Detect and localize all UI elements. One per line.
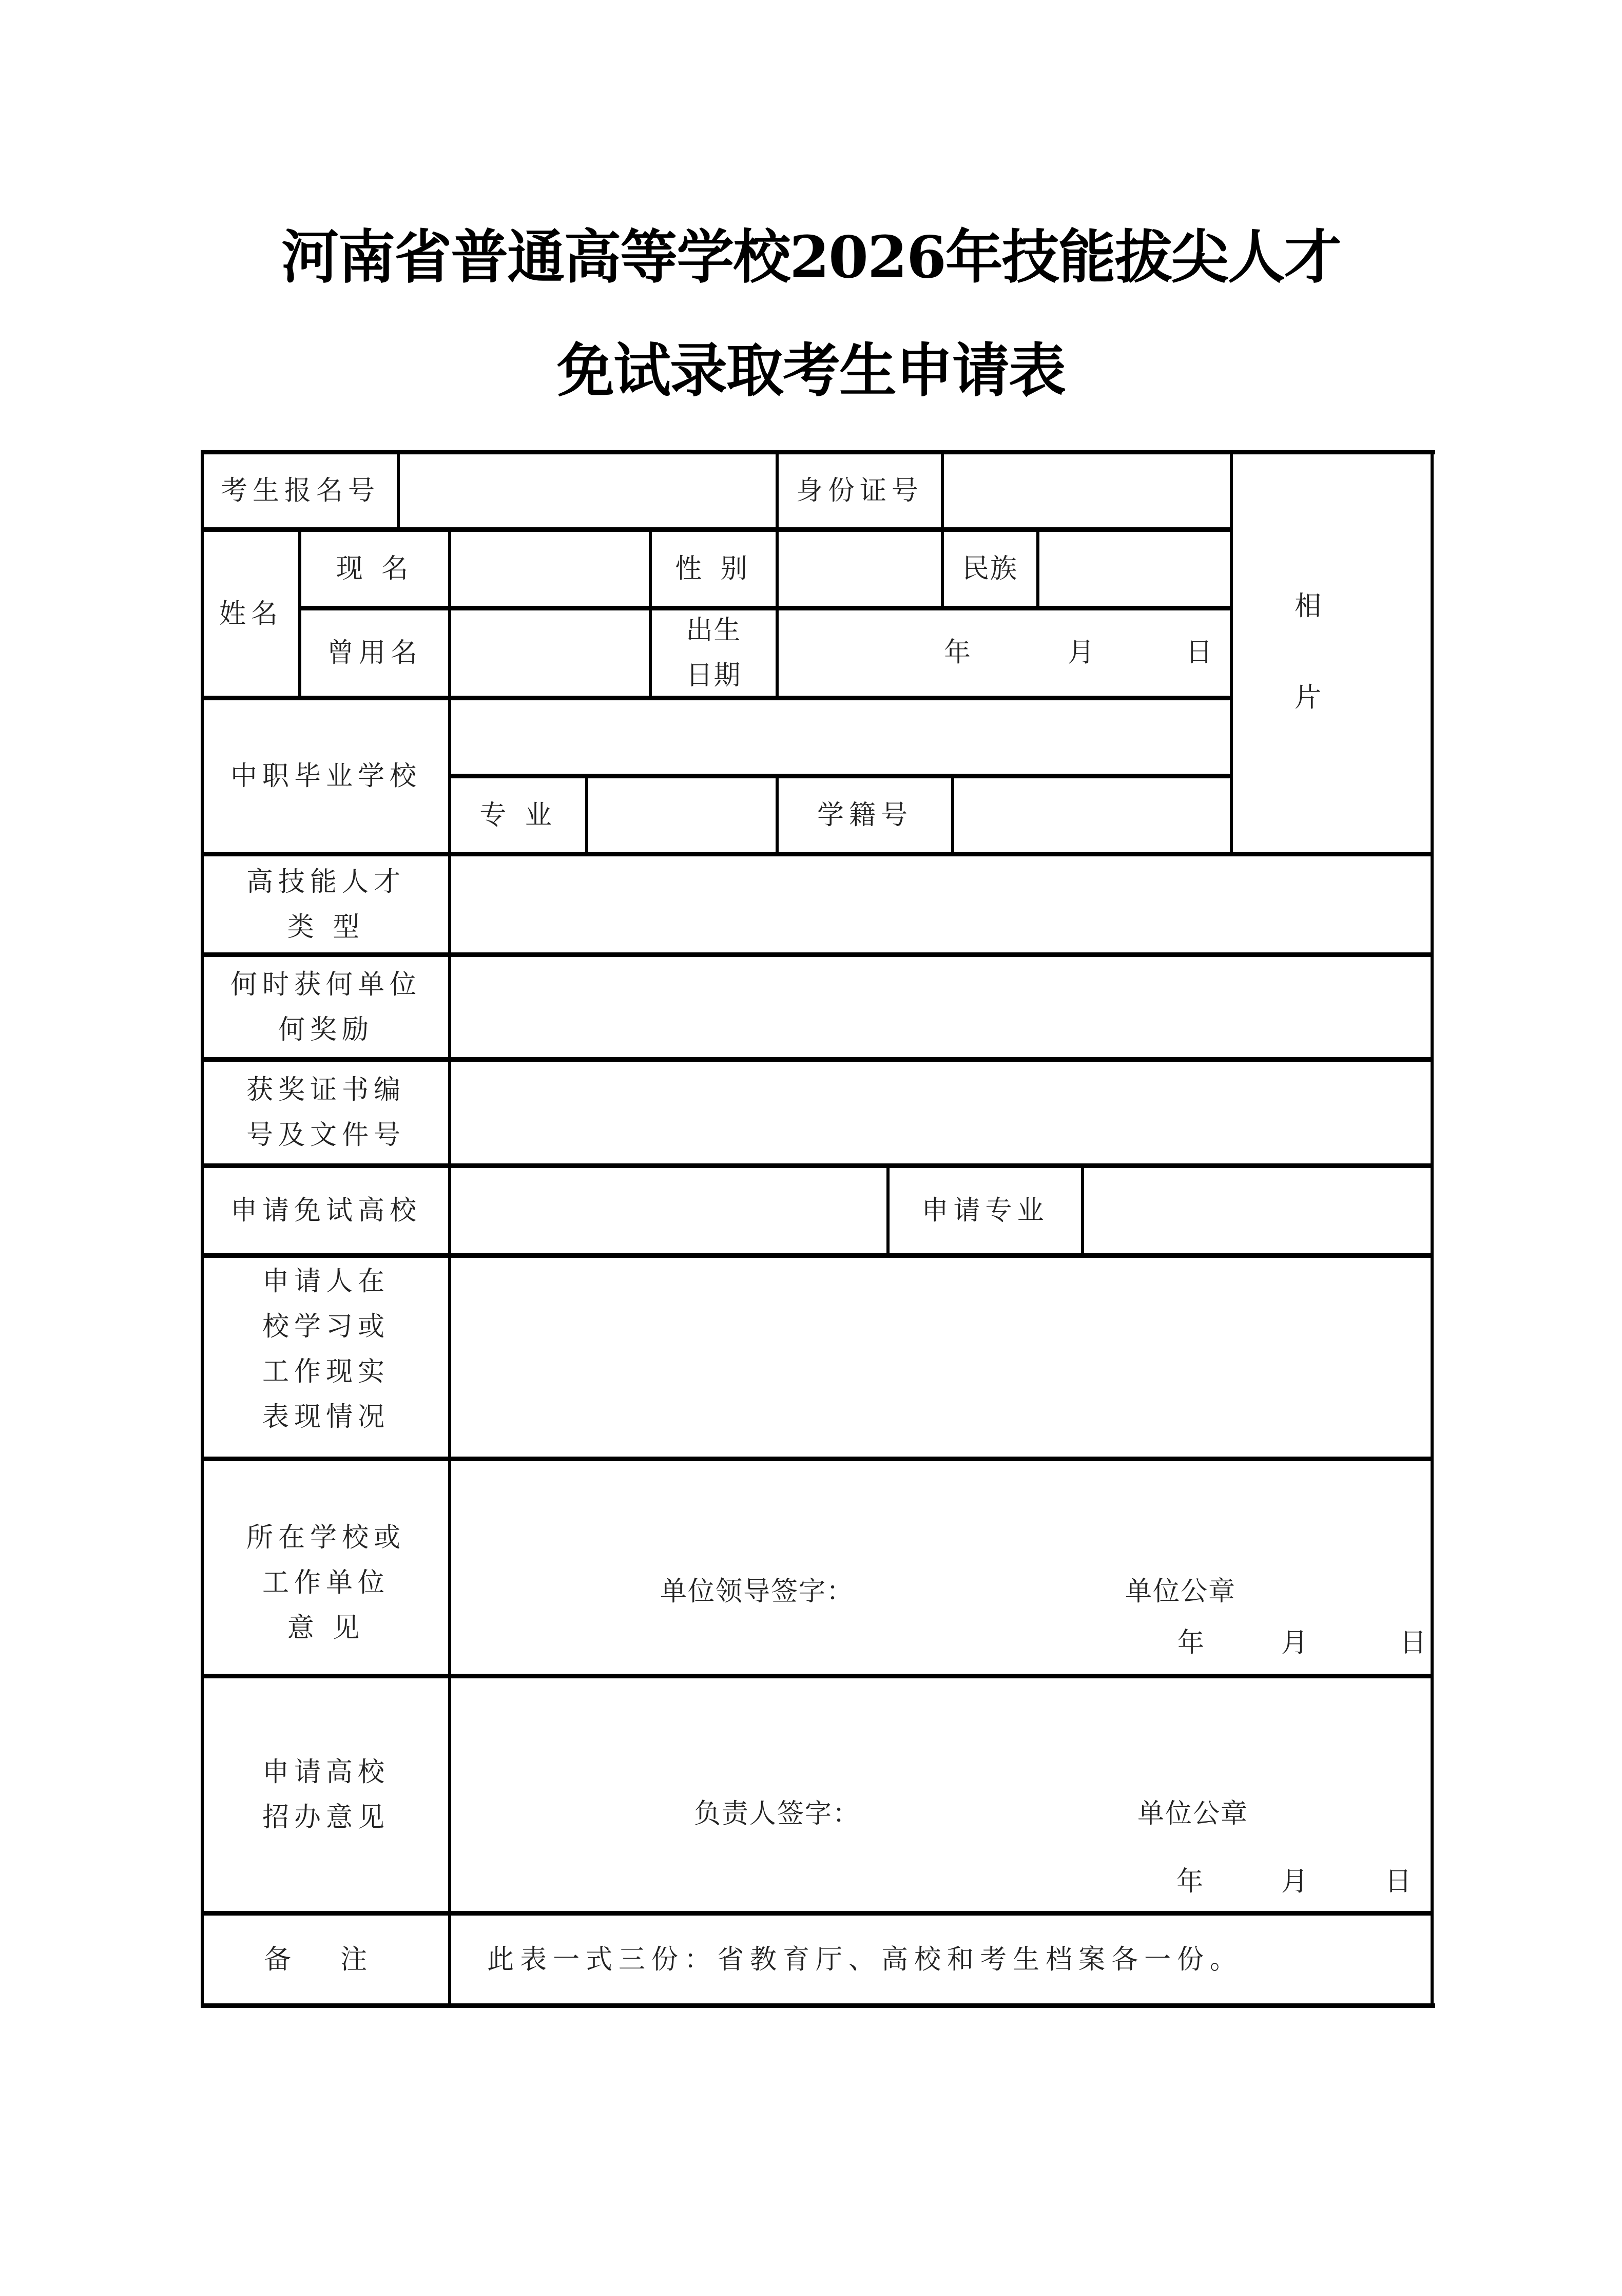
award-label-line2: 何奖励 [278, 1017, 374, 1043]
row-divider [300, 606, 1231, 610]
unit-opinion-day-unit: 日 [1400, 1630, 1430, 1656]
form-title-line2: 免试录取考生申请表 [0, 342, 1622, 400]
name-label: 姓名 [204, 532, 298, 696]
row-divider [202, 952, 1432, 957]
remarks-text: 此表一式三份：省教育厅、高校和考生档案各一份。 [487, 1946, 1243, 1973]
unit-opinion-field[interactable]: 单位领导签字： 单位公章 年 月 日 [451, 1461, 1431, 1674]
row-divider [450, 774, 1231, 778]
university-opinion-day-unit: 日 [1385, 1868, 1415, 1895]
gender-label: 性 别 [652, 532, 776, 606]
certificate-label-line1: 获奖证书编 [246, 1077, 405, 1103]
row-divider [202, 1057, 1432, 1062]
certificate-label-line2: 号及文件号 [246, 1122, 405, 1149]
award-label-line1: 何时获何单位 [230, 971, 421, 998]
performance-label-line: 工作现实 [262, 1359, 390, 1385]
unit-opinion-label-line: 工作单位 [262, 1570, 390, 1596]
row-divider [202, 527, 1231, 532]
row-divider [202, 1253, 1432, 1258]
former-name-label: 曾用名 [301, 610, 448, 696]
row-divider [202, 1163, 1432, 1168]
talent-type-label-line2: 类 型 [287, 914, 365, 941]
registration-no-field[interactable] [400, 454, 776, 527]
university-opinion-label: 申请高校 招办意见 [204, 1678, 448, 1911]
table-border-top [202, 450, 1435, 454]
remarks-field: 此表一式三份：省教育厅、高校和考生档案各一份。 [451, 1916, 1431, 2003]
row-divider [202, 1674, 1432, 1678]
apply-university-label: 申请免试高校 [204, 1168, 448, 1253]
birth-year-unit: 年 [944, 639, 974, 666]
current-name-label: 现 名 [301, 532, 448, 606]
university-opinion-label-line: 申请高校 [262, 1759, 390, 1786]
award-label: 何时获何单位 何奖励 [204, 957, 448, 1057]
certificate-label: 获奖证书编 号及文件号 [204, 1062, 448, 1163]
performance-label: 申请人在 校学习或 工作现实 表现情况 [204, 1258, 448, 1458]
talent-type-field[interactable] [451, 856, 1431, 952]
birth-day-unit: 日 [1186, 639, 1215, 666]
registration-no-label: 考生报名号 [204, 454, 397, 527]
photo-label-line2: 片 [1295, 684, 1324, 711]
apply-major-label: 申请专业 [890, 1168, 1081, 1253]
apply-university-field[interactable] [451, 1168, 886, 1253]
student-no-label: 学籍号 [779, 778, 951, 852]
university-seal-label: 单位公章 [1137, 1801, 1248, 1827]
unit-opinion-month-unit: 月 [1281, 1630, 1311, 1656]
ethnicity-field[interactable] [1039, 532, 1230, 606]
birth-date-label-line2: 日期 [686, 662, 741, 689]
responsible-person-signature-label: 负责人签字： [694, 1801, 860, 1827]
unit-opinion-label: 所在学校或 工作单位 意 见 [204, 1461, 448, 1674]
id-no-label: 身份证号 [779, 454, 941, 527]
performance-label-line: 校学习或 [262, 1313, 390, 1340]
certificate-field[interactable] [451, 1062, 1431, 1163]
ethnicity-label: 民族 [944, 532, 1036, 606]
photo-label-line1: 相 [1295, 593, 1324, 620]
birth-date-label-line1: 出生 [686, 617, 741, 644]
remarks-label: 备 注 [204, 1916, 448, 2003]
id-no-field[interactable] [944, 454, 1230, 527]
university-opinion-year-unit: 年 [1176, 1868, 1206, 1895]
birth-month-unit: 月 [1068, 639, 1097, 666]
form-title-line1: 河南省普通高等学校2026年技能拔尖人才 [0, 229, 1622, 286]
former-name-field[interactable] [451, 610, 649, 696]
unit-opinion-label-line: 所在学校或 [246, 1524, 405, 1551]
photo-box: 相 片 [1233, 454, 1431, 852]
performance-field[interactable] [451, 1258, 1431, 1457]
award-field[interactable] [451, 957, 1431, 1057]
current-name-field[interactable] [451, 532, 649, 606]
birth-date-field[interactable]: 年 月 日 [779, 610, 1230, 696]
major-field[interactable] [588, 778, 776, 852]
row-divider [202, 852, 1432, 856]
talent-type-label-line1: 高技能人才 [246, 869, 405, 895]
unit-opinion-label-line: 意 见 [287, 1615, 365, 1641]
table-border-bottom [202, 2003, 1435, 2008]
performance-label-line: 申请人在 [262, 1268, 390, 1295]
gender-field[interactable] [779, 532, 941, 606]
table-border-right [1431, 450, 1434, 2008]
row-divider [202, 1911, 1432, 1916]
birth-date-label: 出生 日期 [652, 610, 776, 696]
apply-major-field[interactable] [1084, 1168, 1431, 1253]
talent-type-label: 高技能人才 类 型 [204, 856, 448, 952]
student-no-field[interactable] [954, 778, 1230, 852]
performance-label-line: 表现情况 [262, 1404, 390, 1430]
major-label: 专 业 [451, 778, 585, 852]
vocational-school-field[interactable] [451, 700, 1230, 774]
university-opinion-label-line: 招办意见 [262, 1804, 390, 1831]
row-divider [202, 696, 1231, 700]
university-opinion-field[interactable]: 负责人签字： 单位公章 年 月 日 [451, 1678, 1431, 1911]
unit-seal-label: 单位公章 [1125, 1578, 1236, 1605]
unit-opinion-year-unit: 年 [1177, 1630, 1207, 1656]
unit-leader-signature-label: 单位领导签字： [660, 1578, 854, 1605]
university-opinion-month-unit: 月 [1281, 1868, 1311, 1895]
vocational-school-label: 中职毕业学校 [204, 700, 448, 852]
